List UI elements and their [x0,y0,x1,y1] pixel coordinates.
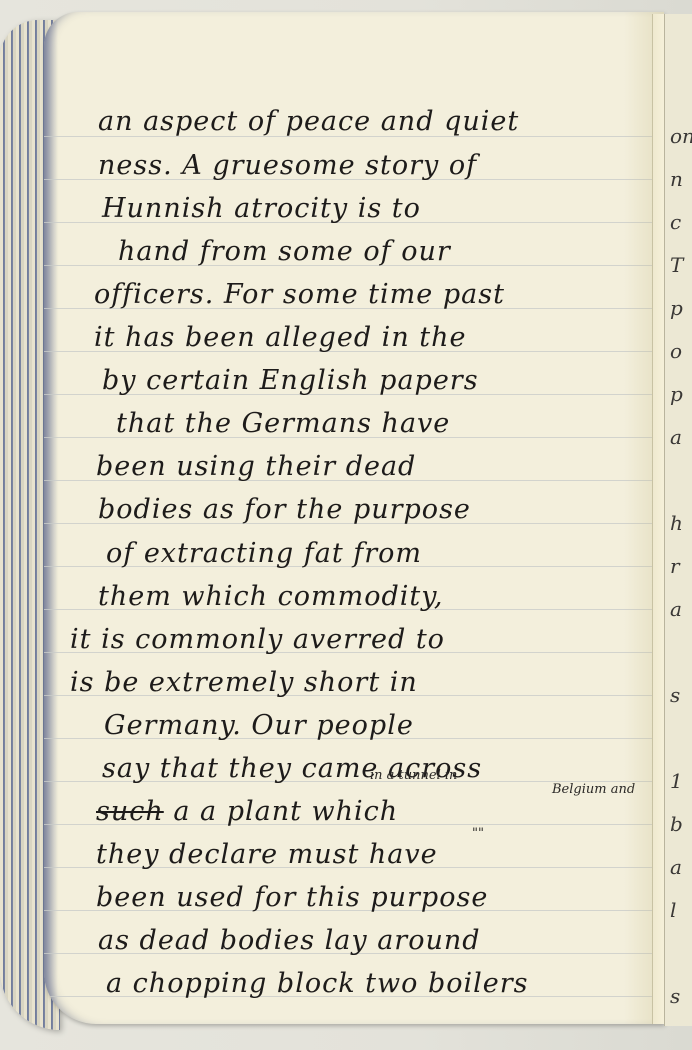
next-page-glyph: r [670,554,680,578]
next-page-glyph: 1 [670,769,683,793]
handwritten-line: by certain English papers [102,365,479,396]
next-page-glyph: o [670,339,682,363]
handwritten-line: it has been alleged in the [94,322,467,353]
interlinear-insertion: Belgium and [552,782,635,797]
handwritten-line: is be extremely short in [70,667,418,698]
handwritten-line: bodies as for the purpose [98,494,471,525]
handwritten-line: Hunnish atrocity is to [102,193,421,224]
struck-word: such [96,796,164,827]
handwritten-line: Germany. Our people [104,710,414,741]
interlinear-insertion: in a tunnel in [370,768,457,783]
next-page-glyph: a [670,597,682,621]
interlinear-insertion: "" [472,826,484,841]
handwritten-line: officers. For some time past [94,279,505,310]
next-page-glyph: s [670,984,680,1008]
handwritten-line: ness. A gruesome story of [98,150,477,181]
handwritten-line: it is commonly averred to [70,624,445,655]
next-page-edge: onncTpopahras1bals [664,14,692,1026]
next-page-glyph: p [670,382,683,406]
next-page-glyph: n [670,167,683,191]
next-page-glyph: on [670,124,692,148]
handwritten-line: of extracting fat from [106,538,422,569]
next-page-glyph: b [670,812,683,836]
next-page-glyph: h [670,511,683,535]
handwritten-line: they declare must have [96,839,438,870]
handwritten-line: such a a plant which [96,796,398,827]
next-page-glyph: l [670,898,676,922]
handwritten-line: an aspect of peace and quiet [98,106,519,137]
handwritten-line: them which commodity, [98,581,444,612]
next-page-glyph: p [670,296,683,320]
next-page-glyph: s [670,683,680,707]
handwritten-line: been used for this purpose [96,882,488,913]
diary-page: an aspect of peace and quietness. A grue… [44,12,664,1024]
next-page-glyph: T [670,253,683,277]
handwritten-line: hand from some of our [118,236,451,267]
handwritten-line: a chopping block two boilers [106,968,529,999]
handwritten-line: that the Germans have [116,408,450,439]
next-page-glyph: c [670,210,681,234]
handwritten-line: been using their dead [96,451,416,482]
next-page-glyph: a [670,855,682,879]
handwritten-line: as dead bodies lay around [98,925,481,956]
next-page-glyph: a [670,425,682,449]
